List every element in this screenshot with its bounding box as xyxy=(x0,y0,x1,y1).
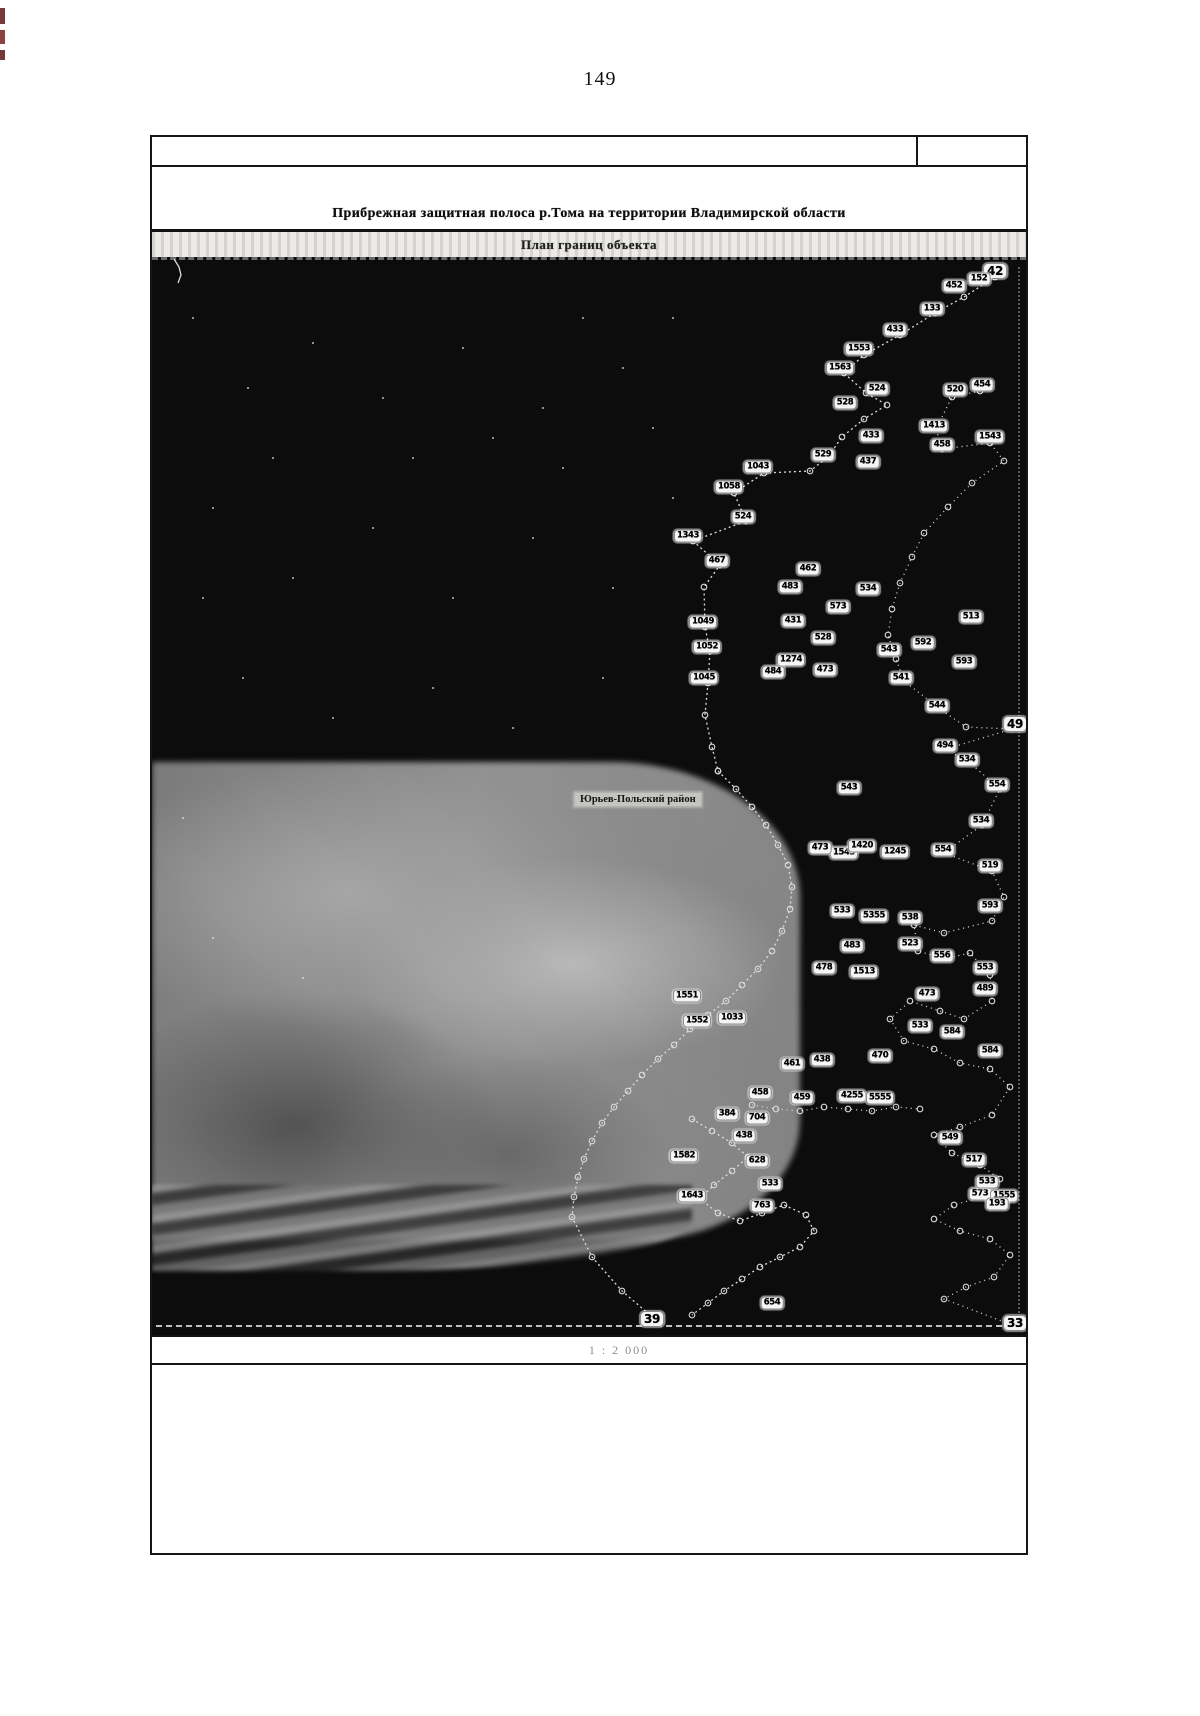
point-label: 452 xyxy=(943,280,966,293)
point-label: 556 xyxy=(931,950,954,963)
point-label: 484 xyxy=(762,666,785,679)
point-label: 1245 xyxy=(881,846,909,859)
point-label: 473 xyxy=(814,664,837,677)
point-label: 1058 xyxy=(715,481,743,494)
point-label: 483 xyxy=(841,940,864,953)
point-label: 433 xyxy=(860,430,883,443)
point-label: 554 xyxy=(986,779,1009,792)
point-label: 584 xyxy=(979,1045,1002,1058)
scan-noise-dot xyxy=(512,727,514,729)
point-label: 533 xyxy=(831,905,854,918)
plan-subtitle: План границ объекта xyxy=(521,237,657,253)
point-label: 519 xyxy=(979,860,1002,873)
point-label: 1343 xyxy=(674,530,702,543)
scan-noise-dot xyxy=(462,347,464,349)
point-label: 459 xyxy=(791,1092,814,1105)
point-label: 454 xyxy=(971,379,994,392)
point-label: 152 xyxy=(968,273,991,286)
scale-row: 1 : 2 000 xyxy=(152,1335,1026,1365)
document-frame: Прибрежная защитная полоса р.Тома на тер… xyxy=(150,135,1028,1555)
subtitle-row: План границ объекта xyxy=(152,229,1026,257)
point-label: 553 xyxy=(974,962,997,975)
point-label: 554 xyxy=(932,844,955,857)
scan-noise-dot xyxy=(182,817,184,819)
point-label: 489 xyxy=(974,983,997,996)
scan-noise-dot xyxy=(452,597,454,599)
point-label: 534 xyxy=(857,583,880,596)
point-label: 628 xyxy=(746,1155,769,1168)
scan-noise-dot xyxy=(212,507,214,509)
scan-noise-dot xyxy=(212,937,214,939)
scan-noise-dot xyxy=(382,397,384,399)
scan-noise-dot xyxy=(432,687,434,689)
point-label: 1551 xyxy=(673,990,701,1003)
point-label: 584 xyxy=(941,1026,964,1039)
point-label: 384 xyxy=(716,1108,739,1121)
point-label: 533 xyxy=(976,1176,999,1189)
scan-noise-dot xyxy=(622,367,624,369)
scan-noise-dot xyxy=(332,717,334,719)
point-label: 470 xyxy=(869,1050,892,1063)
point-label: 534 xyxy=(970,815,993,828)
point-label: 1045 xyxy=(690,672,718,685)
point-label: 592 xyxy=(912,637,935,650)
point-label: 39 xyxy=(640,1311,664,1327)
point-label: 438 xyxy=(733,1130,756,1143)
scan-noise-dot xyxy=(412,457,414,459)
point-label: 5555 xyxy=(866,1092,894,1105)
point-label: 544 xyxy=(926,700,949,713)
footer-empty-box xyxy=(152,1365,1026,1553)
point-label: 431 xyxy=(782,615,805,628)
point-label: 524 xyxy=(866,383,889,396)
scan-noise-dot xyxy=(202,597,204,599)
point-label: 520 xyxy=(944,384,967,397)
scan-noise-dot xyxy=(272,457,274,459)
point-label: 1582 xyxy=(670,1150,698,1163)
scan-noise-dot xyxy=(562,467,564,469)
point-label: 133 xyxy=(921,303,944,316)
scan-noise-dot xyxy=(542,407,544,409)
point-label: 654 xyxy=(761,1297,784,1310)
point-label: 33 xyxy=(1003,1315,1026,1331)
scan-noise-dot xyxy=(492,437,494,439)
point-label: 1043 xyxy=(744,461,772,474)
scale-label: 1 : 2 000 xyxy=(529,1343,649,1358)
point-label: 478 xyxy=(813,962,836,975)
point-label: 543 xyxy=(878,644,901,657)
point-label: 704 xyxy=(746,1112,769,1125)
point-label: 1049 xyxy=(689,616,717,629)
scanned-page: { "page": { "number": "149" }, "doc": { … xyxy=(0,0,1200,1716)
point-label: 538 xyxy=(899,912,922,925)
point-label: 529 xyxy=(812,449,835,462)
point-label: 437 xyxy=(857,456,880,469)
point-label: 1420 xyxy=(848,840,876,853)
point-label: 541 xyxy=(890,672,913,685)
scan-noise-dot xyxy=(312,342,314,344)
document-title: Прибрежная защитная полоса р.Тома на тер… xyxy=(332,206,846,222)
point-label: 528 xyxy=(812,632,835,645)
point-label: 462 xyxy=(797,563,820,576)
point-label: 1052 xyxy=(693,641,721,654)
point-label: 433 xyxy=(884,324,907,337)
scan-noise-dot xyxy=(612,587,614,589)
point-label: 1033 xyxy=(718,1012,746,1025)
point-label: 461 xyxy=(781,1058,804,1071)
point-label: 1513 xyxy=(850,966,878,979)
scan-artifact xyxy=(0,30,5,44)
point-label: 1563 xyxy=(826,362,854,375)
scan-noise-dot xyxy=(192,317,194,319)
header-strip-row xyxy=(152,137,1026,167)
scan-noise-dot xyxy=(582,317,584,319)
scan-noise-dot xyxy=(302,977,304,979)
point-label: 528 xyxy=(834,397,857,410)
point-label: 193 xyxy=(986,1198,1009,1211)
point-label: 1552 xyxy=(683,1015,711,1028)
point-label: 1543 xyxy=(976,431,1004,444)
scan-noise-dot xyxy=(532,537,534,539)
scan-noise-dot xyxy=(372,527,374,529)
point-label: 524 xyxy=(732,511,755,524)
scan-artifact xyxy=(0,8,5,24)
point-label: 494 xyxy=(934,740,957,753)
title-row: Прибрежная защитная полоса р.Тома на тер… xyxy=(152,167,1026,229)
page-number: 149 xyxy=(0,68,1200,91)
point-label: 483 xyxy=(779,581,802,594)
point-label: 543 xyxy=(838,782,861,795)
scan-noise-dot xyxy=(652,427,654,429)
point-label: 458 xyxy=(749,1087,772,1100)
point-label: 593 xyxy=(953,656,976,669)
point-label: 533 xyxy=(909,1020,932,1033)
point-label: 438 xyxy=(811,1054,834,1067)
point-label: 573 xyxy=(827,601,850,614)
point-label: 4255 xyxy=(838,1090,866,1103)
header-cell-divider xyxy=(916,137,918,165)
point-label: 517 xyxy=(963,1154,986,1167)
scan-noise-dot xyxy=(247,387,249,389)
scan-artifact xyxy=(0,50,5,60)
point-label: 1643 xyxy=(678,1190,706,1203)
point-label: 593 xyxy=(979,900,1002,913)
map-area: 4245215213343315531563524528520454141345… xyxy=(152,257,1026,1335)
district-label: Юрьев-Польский район xyxy=(575,793,701,806)
point-label: 763 xyxy=(751,1200,774,1213)
point-label: 523 xyxy=(899,938,922,951)
point-label: 533 xyxy=(759,1178,782,1191)
scan-noise-dot xyxy=(672,317,674,319)
point-label: 5355 xyxy=(860,910,888,923)
point-label: 1413 xyxy=(920,420,948,433)
point-label: 467 xyxy=(706,555,729,568)
point-label: 473 xyxy=(916,988,939,1001)
point-label: 458 xyxy=(931,439,954,452)
point-label: 49 xyxy=(1003,716,1026,732)
scan-noise-dot xyxy=(672,497,674,499)
point-label: 1553 xyxy=(845,343,873,356)
scan-noise-dot xyxy=(242,677,244,679)
point-label: 549 xyxy=(939,1132,962,1145)
scan-noise-dot xyxy=(292,577,294,579)
point-label: 473 xyxy=(809,842,832,855)
scan-noise-dot xyxy=(602,677,604,679)
point-label: 534 xyxy=(956,754,979,767)
point-label: 513 xyxy=(960,611,983,624)
